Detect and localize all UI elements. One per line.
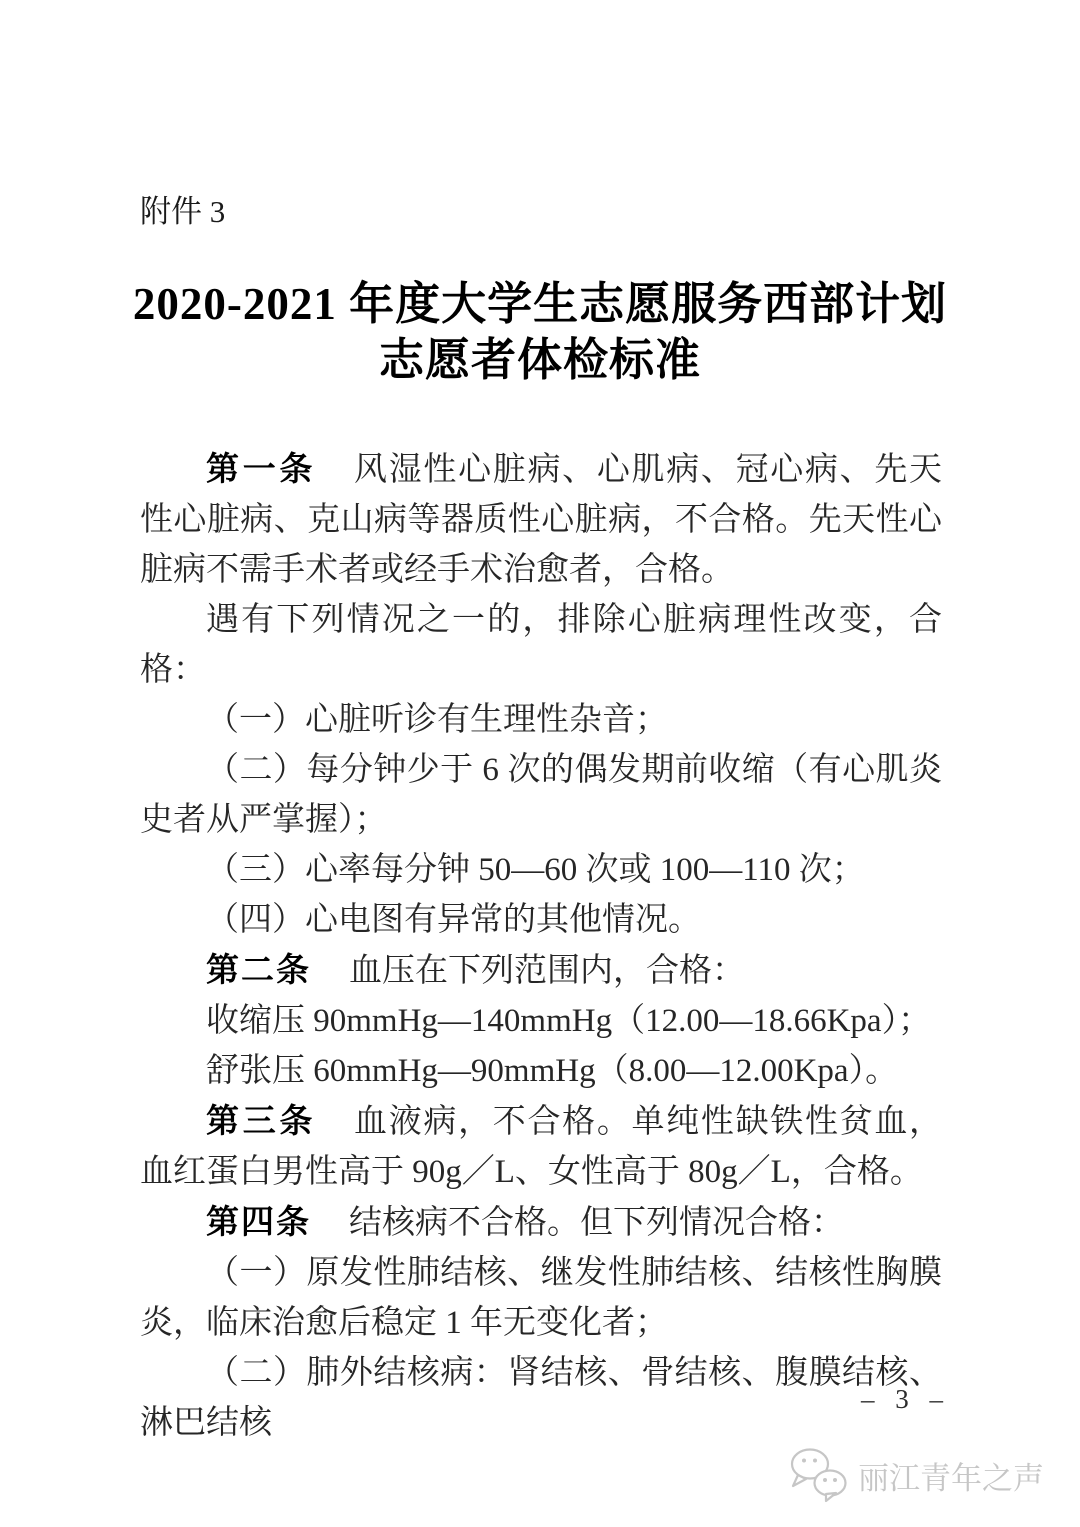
article-label: 第三条 xyxy=(206,1102,316,1139)
article-label: 第四条 xyxy=(206,1203,311,1240)
wechat-icon xyxy=(788,1447,850,1503)
attachment-label: 附件 3 xyxy=(140,186,225,231)
watermark: 丽江青年之声 xyxy=(788,1447,1044,1503)
page-title: 2020-2021 年度大学生志愿服务西部计划 志愿者体检标准 xyxy=(0,276,1080,388)
document-body: 第一条风湿性心脏病、心肌病、冠心病、先天性心脏病、克山病等器质性心脏病，不合格。… xyxy=(140,444,942,1448)
document-page: 附件 3 2020-2021 年度大学生志愿服务西部计划 志愿者体检标准 第一条… xyxy=(0,0,1080,1527)
page-number: – 3 – xyxy=(861,1384,950,1415)
paragraph: （四）心电图有异常的其他情况。 xyxy=(140,895,942,945)
paragraph: （三）心率每分钟 50—60 次或 100—110 次； xyxy=(140,845,942,895)
paragraph: 收缩压 90mmHg—140mmHg（12.00—18.66Kpa）； xyxy=(140,996,942,1046)
paragraph: 第四条结核病不合格。但下列情况合格： xyxy=(140,1197,942,1248)
paragraph: （二）每分钟少于 6 次的偶发期前收缩（有心肌炎史者从严掌握）； xyxy=(140,745,942,845)
paragraph: （一）原发性肺结核、继发性肺结核、结核性胸膜炎，临床治愈后稳定 1 年无变化者； xyxy=(140,1248,942,1348)
watermark-text: 丽江青年之声 xyxy=(858,1453,1044,1498)
title-line-2: 志愿者体检标准 xyxy=(0,332,1080,388)
title-line-1: 2020-2021 年度大学生志愿服务西部计划 xyxy=(0,276,1080,332)
article-label: 第二条 xyxy=(206,951,311,988)
paragraph: 第二条血压在下列范围内，合格： xyxy=(140,945,942,996)
paragraph: 第一条风湿性心脏病、心肌病、冠心病、先天性心脏病、克山病等器质性心脏病，不合格。… xyxy=(140,444,942,595)
paragraph: 遇有下列情况之一的，排除心脏病理性改变，合格： xyxy=(140,595,942,695)
paragraph: （二）肺外结核病：肾结核、骨结核、腹膜结核、淋巴结核 xyxy=(140,1348,942,1448)
paragraph: 舒张压 60mmHg—90mmHg（8.00—12.00Kpa）。 xyxy=(140,1046,942,1096)
paragraph: （一）心脏听诊有生理性杂音； xyxy=(140,695,942,745)
article-label: 第一条 xyxy=(206,450,316,487)
paragraph: 第三条血液病，不合格。单纯性缺铁性贫血，血红蛋白男性高于 90g／L、女性高于 … xyxy=(140,1096,942,1197)
